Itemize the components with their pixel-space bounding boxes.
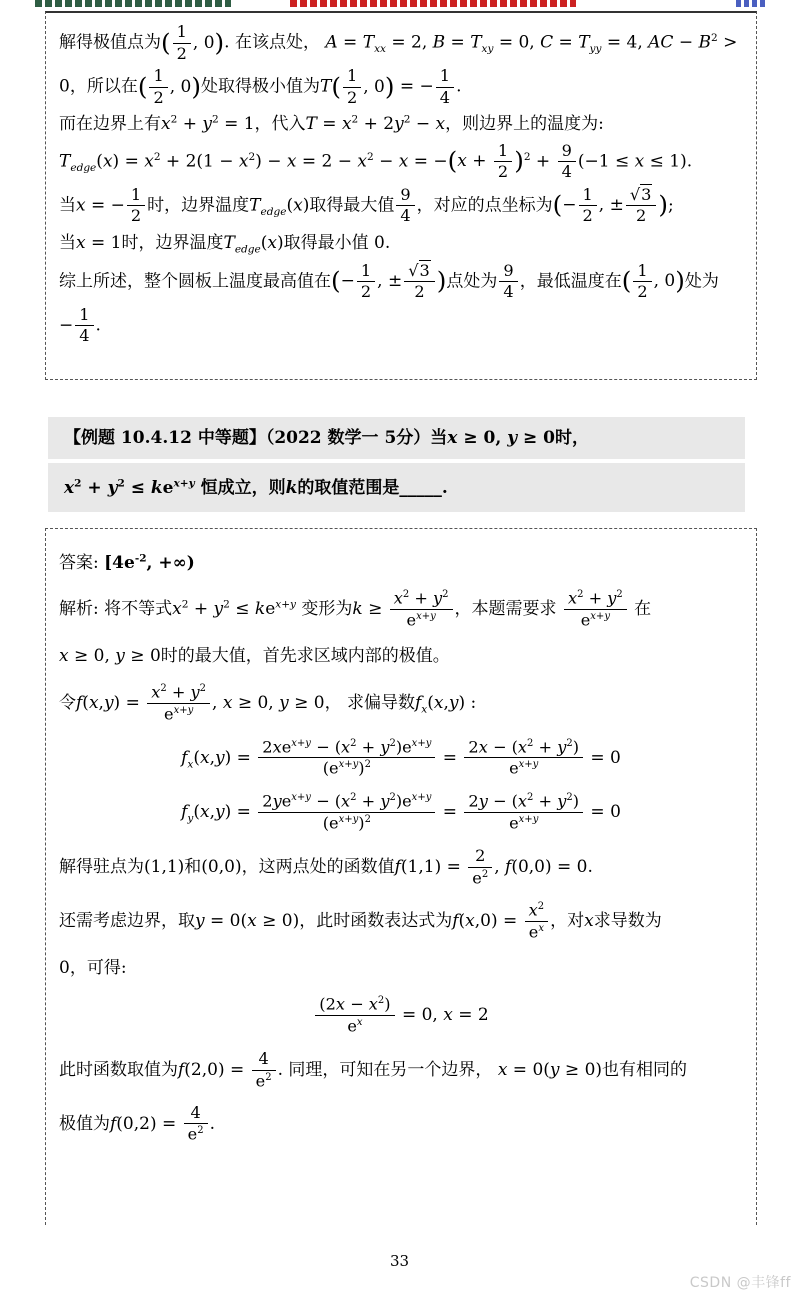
header-text-fragment-right — [736, 0, 766, 7]
solution-line: 解得极值点为(12, 0). 在该点处， A = Txx = 2, B = Tx… — [59, 23, 743, 63]
answer-line: 解得驻点为(1,1)和(0,0)，这两点处的函数值f(1,1) = 2e2, f… — [59, 847, 743, 888]
solution-line: 0，所以在(12, 0)处取得极小值为T(12, 0) = −14. — [59, 67, 743, 107]
answer-line: 令f(x,y) = x2 + y2ex+y, x ≥ 0, y ≥ 0， 求偏导… — [59, 683, 743, 724]
document-page: 解得极值点为(12, 0). 在该点处， A = Txx = 2, B = Tx… — [0, 0, 799, 1300]
solution-line: 综上所述，整个圆板上温度最高值在(−12, ±√32)点处为94，最低温度在(1… — [59, 262, 743, 302]
solution-line: 而在边界上有x2 + y2 = 1，代入T = x2 + 2y2 − x，则边界… — [59, 111, 743, 137]
answer-line: 答案: [4e-2, +∞) — [59, 550, 743, 576]
answer-line: 还需考虑边界，取y = 0(x ≥ 0)，此时函数表达式为f(x,0) = x2… — [59, 901, 743, 942]
solution-box-previous-problem: 解得极值点为(12, 0). 在该点处， A = Txx = 2, B = Tx… — [45, 11, 757, 380]
page-header-cropped — [0, 0, 799, 8]
answer-solution-box: 答案: [4e-2, +∞) 解析: 将不等式x2 + y2 ≤ kex+y 变… — [45, 528, 757, 1225]
display-equation-boundary: (2x − x2)ex = 0, x = 2 — [59, 995, 743, 1036]
solution-line: Tedge(x) = x2 + 2(1 − x2) − x = 2 − x2 −… — [59, 142, 743, 182]
answer-line: 此时函数取值为f(2,0) = 4e2. 同理，可知在另一个边界， x = 0(… — [59, 1050, 743, 1091]
answer-line: 极值为f(0,2) = 4e2. — [59, 1104, 743, 1145]
page-number: 33 — [0, 1252, 799, 1270]
display-equation-fy: fy(x,y) = 2yex+y − (x2 + y2)ex+y(ex+y)2 … — [59, 792, 743, 833]
problem-statement-box: 【例题 10.4.12 中等题】（2022 数学一 5分）当x ≥ 0, y ≥… — [48, 417, 745, 516]
solution-line: 当x = −12时，边界温度Tedge(x)取得最大值94，对应的点坐标为(−1… — [59, 186, 743, 226]
display-equation-fx: fx(x,y) = 2xex+y − (x2 + y2)ex+y(ex+y)2 … — [59, 738, 743, 779]
problem-line-1: 【例题 10.4.12 中等题】（2022 数学一 5分）当x ≥ 0, y ≥… — [48, 417, 745, 459]
answer-line: 0，可得: — [59, 955, 743, 981]
problem-line-2: x2 + y2 ≤ kex+y 恒成立，则k的取值范围是_____. — [48, 463, 745, 513]
csdn-watermark: CSDN @丰锋ff — [690, 1272, 791, 1292]
answer-line: 解析: 将不等式x2 + y2 ≤ kex+y 变形为k ≥ x2 + y2ex… — [59, 589, 743, 630]
solution-line: 当x = 1时，边界温度Tedge(x)取得最小值 0. — [59, 230, 743, 258]
solution-line: −14. — [59, 306, 743, 346]
answer-line: x ≥ 0, y ≥ 0时的最大值，首先求区域内部的极值。 — [59, 643, 743, 669]
header-text-fragment-left — [35, 0, 231, 7]
header-text-fragment-center — [290, 0, 576, 7]
